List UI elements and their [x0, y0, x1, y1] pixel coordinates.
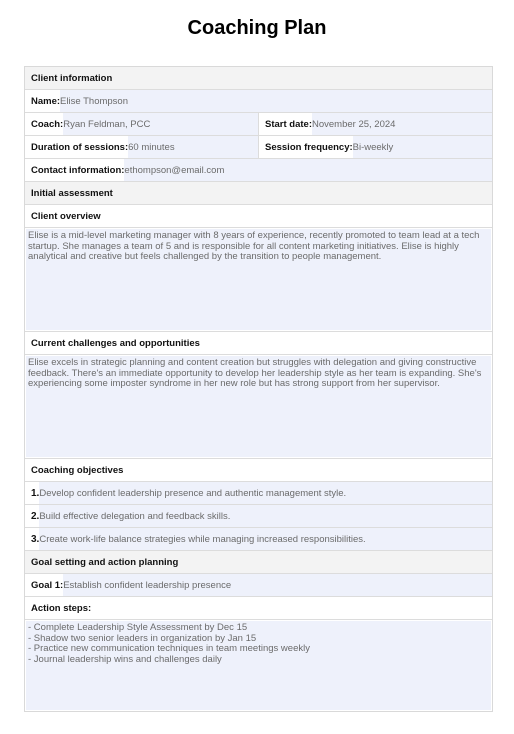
field-row-coach-start: Coach: Ryan Feldman, PCC Start date: Nov… [25, 113, 492, 136]
objective-text[interactable]: Develop confident leadership presence an… [39, 488, 346, 499]
subheading-challenges: Current challenges and opportunities [25, 332, 492, 355]
subheading-action-steps: Action steps: [25, 597, 492, 620]
coaching-objectives-label: Coaching objectives [31, 465, 123, 476]
goal-1-field[interactable]: Goal 1: Establish confident leadership p… [25, 574, 492, 596]
challenges-textarea[interactable]: Elise excels in strategic planning and c… [26, 356, 491, 457]
objective-field-1[interactable]: 1. Develop confident leadership presence… [25, 482, 492, 504]
action-steps-textarea[interactable]: - Complete Leadership Style Assessment b… [26, 621, 491, 710]
coach-field[interactable]: Coach: Ryan Feldman, PCC [25, 113, 258, 135]
objective-row: 1. Develop confident leadership presence… [25, 482, 492, 505]
client-overview-textarea[interactable]: Elise is a mid-level marketing manager w… [26, 229, 491, 330]
subheading-coaching-objectives: Coaching objectives [25, 459, 492, 482]
challenges-label: Current challenges and opportunities [31, 338, 200, 349]
coach-value[interactable]: Ryan Feldman, PCC [63, 119, 150, 130]
objective-number: 1. [25, 482, 39, 504]
name-field[interactable]: Name: Elise Thompson [25, 90, 492, 112]
action-steps-row: - Complete Leadership Style Assessment b… [25, 621, 492, 710]
action-steps-label: Action steps: [31, 603, 91, 614]
objective-field-3[interactable]: 3. Create work-life balance strategies w… [25, 528, 492, 550]
frequency-label: Session frequency: [259, 136, 353, 158]
goal-1-label: Goal 1: [25, 574, 63, 596]
name-label: Name: [25, 90, 60, 112]
duration-value[interactable]: 60 minutes [128, 142, 174, 153]
start-date-field[interactable]: Start date: November 25, 2024 [258, 113, 492, 135]
section-label: Initial assessment [31, 188, 113, 199]
section-initial-assessment: Initial assessment [25, 182, 492, 205]
objective-text[interactable]: Create work-life balance strategies whil… [39, 534, 365, 545]
name-value[interactable]: Elise Thompson [60, 96, 128, 107]
contact-label: Contact information: [25, 159, 124, 181]
objective-number: 3. [25, 528, 39, 550]
contact-field[interactable]: Contact information: ethompson@email.com [25, 159, 492, 181]
objective-number: 2. [25, 505, 39, 527]
objective-field-2[interactable]: 2. Build effective delegation and feedba… [25, 505, 492, 527]
challenges-row: Elise excels in strategic planning and c… [25, 356, 492, 459]
frequency-field[interactable]: Session frequency: Bi-weekly [258, 136, 492, 158]
duration-field[interactable]: Duration of sessions: 60 minutes [25, 136, 258, 158]
objective-text[interactable]: Build effective delegation and feedback … [39, 511, 230, 522]
section-goal-setting: Goal setting and action planning [25, 551, 492, 574]
start-date-label: Start date: [259, 113, 312, 135]
duration-label: Duration of sessions: [25, 136, 128, 158]
coach-label: Coach: [25, 113, 63, 135]
coaching-plan-form: Client information Name: Elise Thompson … [24, 66, 493, 712]
subheading-client-overview: Client overview [25, 205, 492, 228]
field-row-name: Name: Elise Thompson [25, 90, 492, 113]
field-row-contact: Contact information: ethompson@email.com [25, 159, 492, 182]
objective-row: 2. Build effective delegation and feedba… [25, 505, 492, 528]
section-label: Client information [31, 73, 112, 84]
contact-value[interactable]: ethompson@email.com [124, 165, 224, 176]
start-date-value[interactable]: November 25, 2024 [312, 119, 395, 130]
frequency-value[interactable]: Bi-weekly [353, 142, 394, 153]
section-label: Goal setting and action planning [31, 557, 178, 568]
field-row-goal-1: Goal 1: Establish confident leadership p… [25, 574, 492, 597]
objective-row: 3. Create work-life balance strategies w… [25, 528, 492, 551]
client-overview-label: Client overview [31, 211, 101, 222]
field-row-duration-frequency: Duration of sessions: 60 minutes Session… [25, 136, 492, 159]
client-overview-row: Elise is a mid-level marketing manager w… [25, 229, 492, 332]
goal-1-value[interactable]: Establish confident leadership presence [63, 580, 231, 591]
page-title: Coaching Plan [0, 17, 514, 40]
section-client-information: Client information [25, 67, 492, 90]
